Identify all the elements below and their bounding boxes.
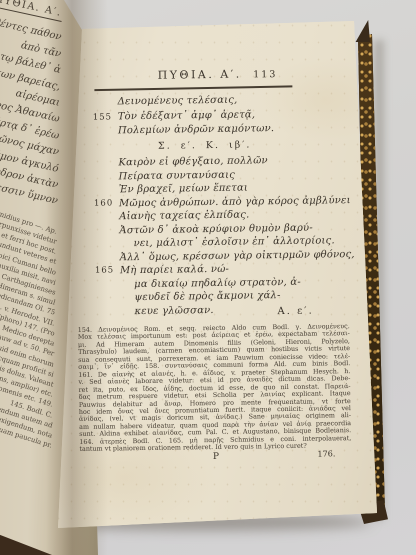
- right-page-content: ΠΥΘΙΑ. Α′. 113 Δεινομένευς τελέσαις,155Τ…: [72, 58, 355, 492]
- verse-line-text: μα δικαίῳ πηδαλίῳ στρατὸν, ἀ-: [134, 276, 301, 289]
- verse-line-number: 165: [95, 264, 114, 278]
- header-rule: [94, 85, 292, 90]
- left-footnote-fragments: Schmidius pro —. Ap.nullo interpunxisse …: [0, 222, 57, 451]
- verse-line-text: Δεινομένευς τελέσαις,: [117, 95, 237, 108]
- verse-line-text: νει, μάλιστ᾽ ἐσλοῖσιν ἐπ᾽ ἀλλοτρίοις.: [133, 235, 334, 249]
- page-number: 113: [253, 69, 277, 80]
- verse-line-text: Πείρατα συντανύσαις: [119, 169, 236, 182]
- verse-line-text: Ἀστῶν δ᾽ ἀκοὰ κρύφιον θυμὸν βαρύ-: [119, 222, 313, 236]
- book-photograph: ΠΥΘΙΑ. Α′. ασθέντες πάθονἀπὸ τᾶνπόντῳ βά…: [0, 0, 416, 555]
- verse-line-text: Τὸν ἐδέξαντ᾽ ἀμφ᾽ ἀρετᾷ,: [118, 109, 256, 122]
- verse-line-text: ψευδεῖ δὲ πρὸς ἄκμονι χάλ-: [134, 290, 280, 303]
- left-verse-fragments: ασθέντες πάθονἀπὸ τᾶνπόντῳ βάλεθ᾽ ἁλκων …: [0, 26, 61, 211]
- running-title: ΠΥΘΙΑ. Α′.: [72, 66, 349, 83]
- verse-line: Πολεμίων ἀνδρῶν καμόντων.: [73, 121, 350, 139]
- antistrophe-label: Α. ε′.: [277, 306, 313, 318]
- verse-block-strophe: Καιρὸν εἰ φθέγξαιο, πολλῶνΠείρατα συνταν…: [73, 153, 352, 319]
- verse-line-text: Ἐν βραχεῖ, μείων ἕπεται: [119, 183, 248, 196]
- verse-line-text: Καιρὸν εἰ φθέγξαιο, πολλῶν: [118, 155, 268, 168]
- verse-line-text: Αἰανὴς ταχείας ἐλπίδας.: [119, 209, 249, 222]
- verse-line-number: 155: [93, 110, 112, 125]
- catch-number: 176.: [317, 449, 335, 458]
- verse-line-text: Μὴ παρίει καλά. νώ-: [120, 264, 229, 277]
- verse-line-text: Πολεμίων ἀνδρῶν καμόντων.: [118, 123, 274, 136]
- strophe-label: Σ. ε′. Κ. ιβ′.: [73, 138, 350, 153]
- verse-line-text: κευε γλῶσσαν.: [134, 305, 213, 317]
- verse-block-strophe-end: Δεινομένευς τελέσαις,155Τὸν ἐδέξαντ᾽ ἀμφ…: [72, 92, 350, 140]
- critical-apparatus: 154. Δεινομένιος Rom. et seqq. reiecto A…: [78, 323, 352, 453]
- verse-line-number: 160: [94, 197, 113, 211]
